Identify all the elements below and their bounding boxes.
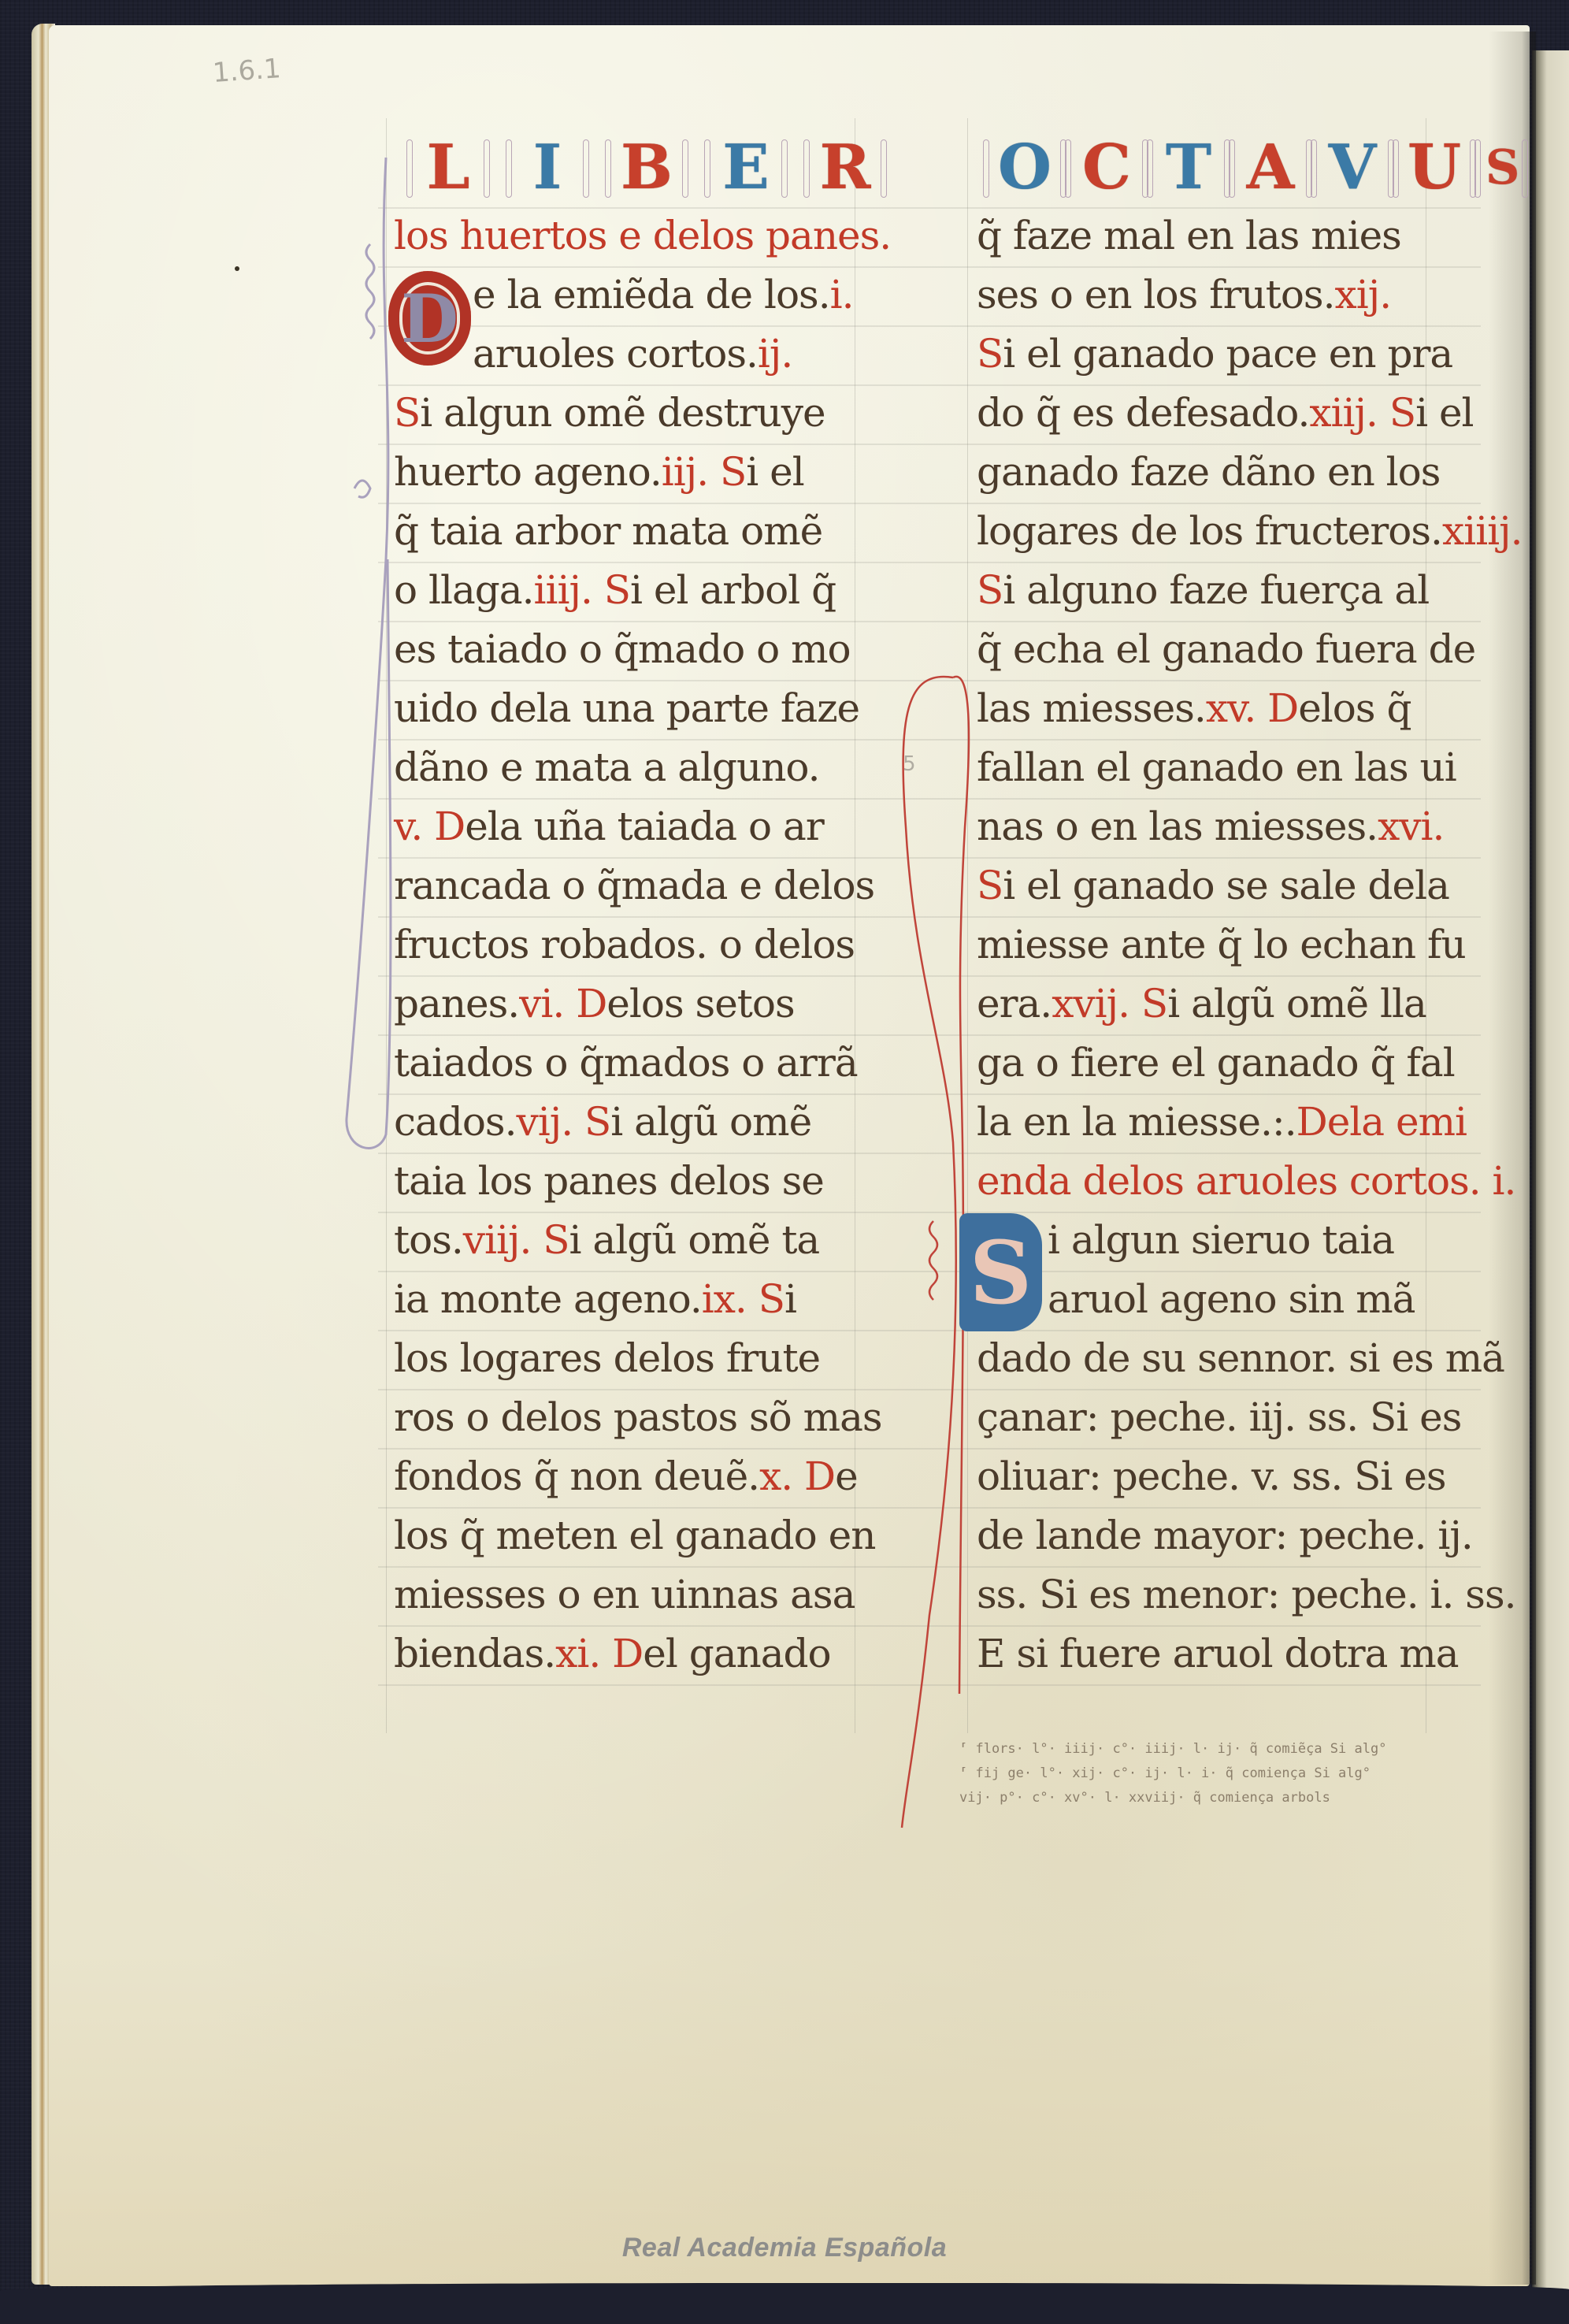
title-letter: T	[1158, 135, 1219, 201]
text-line: ganado faze dãno en los	[977, 443, 1481, 502]
rubric-text: vij. S	[516, 1099, 610, 1145]
text-line: tos.viij. Si algũ omẽ ta	[394, 1211, 898, 1270]
text-line: q̃ faze mal en las mies	[977, 206, 1481, 265]
text-line: ia monte ageno.ix. Si	[394, 1270, 898, 1329]
rubric-text: ix. S	[702, 1276, 784, 1322]
body-text: fructos robados. o delos	[394, 922, 855, 967]
text-line: logares de los fructeros.xiiij.	[977, 502, 1481, 561]
rubric-text: ij.	[758, 331, 792, 377]
title-letter: B	[616, 135, 677, 201]
text-line: las miesses.xv. Delos q̃	[977, 679, 1481, 738]
body-text: nas o en las miesses.	[977, 804, 1378, 849]
watermark-institution: Real Academia Española	[0, 2233, 1569, 2263]
title-letter: O	[994, 135, 1055, 201]
body-text: miesses o en uinnas asa	[394, 1572, 855, 1617]
text-line: huerto ageno.iij. Si el	[394, 443, 898, 502]
body-text: rancada o q̃mada e delos	[394, 863, 874, 908]
body-text: fondos q̃ non deuẽ.	[394, 1453, 759, 1499]
title-letter: V	[1322, 135, 1383, 201]
body-text: tos.	[394, 1217, 463, 1263]
body-text: elos setos	[606, 981, 794, 1026]
body-text: el ganado	[643, 1631, 830, 1676]
body-text: i	[784, 1276, 796, 1322]
title-letter: E	[715, 135, 777, 201]
body-text: ros o delos pastos sõ mas	[394, 1394, 882, 1440]
text-line: v. Dela uña taiada o ar	[394, 797, 898, 856]
body-text: elos q̃	[1298, 685, 1411, 731]
rubric-text: xv. D	[1206, 685, 1298, 731]
body-text: i algun omẽ destruye	[420, 390, 825, 436]
body-text: i el	[746, 449, 803, 495]
body-text: los q̃ meten el ganado en	[394, 1513, 875, 1558]
marginal-note-line: vij· p°· c°· xv°· l· xxviij· q̃ comiença…	[959, 1786, 1432, 1810]
body-text: q̃ faze mal en las mies	[977, 213, 1401, 258]
rubric-text: xij.	[1335, 272, 1392, 317]
pencil-folio-mark: 5	[903, 752, 916, 776]
rubric-text: v. D	[394, 804, 465, 849]
text-column-right: q̃ faze mal en las miesses o en los frut…	[977, 206, 1481, 1684]
text-line: E si fuere aruol dotra ma	[977, 1624, 1481, 1684]
body-text: ia monte ageno.	[394, 1276, 702, 1322]
title-letter: R	[814, 135, 876, 201]
rubric-text: xvij. S	[1052, 981, 1167, 1026]
rubric-text: xvi.	[1378, 804, 1444, 849]
body-text: i algũ omẽ lla	[1167, 981, 1426, 1026]
body-text: i el ganado se sale dela	[1003, 863, 1449, 908]
body-text: biendas.	[394, 1631, 555, 1676]
body-text: taia los panes delos se	[394, 1158, 824, 1204]
text-line: es taiado o q̃mado o mo	[394, 620, 898, 679]
text-line: enda delos aruoles cortos. i.	[977, 1152, 1481, 1211]
rubric-text: x. D	[759, 1453, 835, 1499]
body-text: de lande mayor: peche. ij.	[977, 1513, 1473, 1558]
marginal-note-line: ⸢ flors· l°· iiij· c°· iiij· l· ij· q̃ c…	[959, 1737, 1432, 1762]
body-text: e la emiẽda de los.	[473, 272, 830, 317]
rubric-text: viij. S	[463, 1217, 569, 1263]
rubric-text: xi. D	[555, 1631, 643, 1676]
text-line: ss. Si es menor: peche. i. ss.	[977, 1565, 1481, 1624]
text-line: fondos q̃ non deuẽ.x. De	[394, 1447, 898, 1506]
text-line: Si algun omẽ destruye	[394, 384, 898, 443]
text-line: uido dela una parte faze	[394, 679, 898, 738]
rubric-text: enda delos aruoles cortos. i.	[977, 1158, 1515, 1204]
running-title-left: L I B E R	[417, 122, 914, 201]
body-text: i el arbol q̃	[630, 567, 836, 613]
body-text: dãno e mata a alguno.	[394, 744, 820, 790]
body-text: ga o fiere el ganado q̃ fal	[977, 1040, 1455, 1086]
rubric-text: iij. S	[662, 449, 747, 495]
text-line: de lande mayor: peche. ij.	[977, 1506, 1481, 1565]
body-text: uido dela una parte faze	[394, 685, 859, 731]
text-line: la en la miesse.:.Dela emi	[977, 1093, 1481, 1152]
body-text: cados.	[394, 1099, 516, 1145]
running-title-right: O C T A V U S	[994, 122, 1517, 201]
title-letter: U	[1404, 135, 1465, 201]
text-line: Si el ganado pace en pra	[977, 325, 1481, 384]
title-letter: L	[417, 135, 479, 201]
rubric-text: xiiij.	[1442, 508, 1523, 554]
body-text: q̃ echa el ganado fuera de	[977, 626, 1475, 672]
body-text: i alguno faze fuerça al	[1003, 567, 1429, 613]
body-text: çanar: peche. iij. ss. Si es	[977, 1394, 1461, 1440]
rubric-text: xiij. S	[1309, 390, 1415, 436]
body-text: aruoles cortos.	[473, 331, 758, 377]
text-column-left: los huertos e delos panes.e la emiẽda de…	[394, 206, 898, 1684]
body-text: las miesses.	[977, 685, 1206, 731]
rubric-text: S	[977, 567, 1003, 613]
text-line: do q̃ es defesado.xiij. Si el	[977, 384, 1481, 443]
body-text: dado de su sennor. si es mã	[977, 1335, 1504, 1381]
text-line: oliuar: peche. v. ss. Si es	[977, 1447, 1481, 1506]
body-text: i algũ omẽ ta	[569, 1217, 820, 1263]
text-line: era.xvij. Si algũ omẽ lla	[977, 975, 1481, 1034]
body-text: ses o en los frutos.	[977, 272, 1335, 317]
title-letter: I	[517, 135, 578, 201]
rubric-text: vi. D	[519, 981, 606, 1026]
body-text: panes.	[394, 981, 519, 1026]
body-text: do q̃ es defesado.	[977, 390, 1309, 436]
body-text: aruol ageno sin mã	[1048, 1276, 1415, 1322]
body-text: ela uña taiada o ar	[465, 804, 824, 849]
title-letter: A	[1240, 135, 1301, 201]
text-line: panes.vi. Delos setos	[394, 975, 898, 1034]
text-line: Si el ganado se sale dela	[977, 856, 1481, 915]
body-text: ss. Si es menor: peche. i. ss.	[977, 1572, 1516, 1617]
body-text: i el	[1415, 390, 1473, 436]
text-line: aruol ageno sin mã	[977, 1270, 1481, 1329]
body-text: la en la miesse.:.	[977, 1099, 1296, 1145]
text-line: aruoles cortos.ij.	[394, 325, 898, 384]
body-text: E si fuere aruol dotra ma	[977, 1631, 1459, 1676]
body-text: oliuar: peche. v. ss. Si es	[977, 1453, 1446, 1499]
text-line: e la emiẽda de los.i.	[394, 265, 898, 325]
body-text: miesse ante q̃ lo echan fu	[977, 922, 1466, 967]
body-text: i el ganado pace en pra	[1003, 331, 1452, 377]
text-line: çanar: peche. iij. ss. Si es	[977, 1388, 1481, 1447]
text-line: los logares delos frute	[394, 1329, 898, 1388]
body-text: fallan el ganado en las ui	[977, 744, 1456, 790]
next-page-edge	[1532, 50, 1569, 2296]
text-line: nas o en las miesses.xvi.	[977, 797, 1481, 856]
text-line: los q̃ meten el ganado en	[394, 1506, 898, 1565]
text-line: cados.vij. Si algũ omẽ	[394, 1093, 898, 1152]
bottom-background	[0, 2283, 1569, 2324]
text-line: dãno e mata a alguno.	[394, 738, 898, 797]
body-text: o llaga.	[394, 567, 534, 613]
text-line: los huertos e delos panes.	[394, 206, 898, 265]
body-text: q̃ taia arbor mata omẽ	[394, 508, 822, 554]
body-text: i algũ omẽ	[610, 1099, 811, 1145]
title-letter: S	[1486, 135, 1517, 201]
marginal-note-line: ⸢ fij ge· l°· xij· c°· ij· l· i· q̃ comi…	[959, 1762, 1432, 1786]
text-line: rancada o q̃mada e delos	[394, 856, 898, 915]
text-line: q̃ echa el ganado fuera de	[977, 620, 1481, 679]
body-text: huerto ageno.	[394, 449, 662, 495]
pencil-shelfmark: 1.6.1	[212, 53, 282, 89]
text-line: fructos robados. o delos	[394, 915, 898, 975]
text-line: miesse ante q̃ lo echan fu	[977, 915, 1481, 975]
text-line: q̃ taia arbor mata omẽ	[394, 502, 898, 561]
text-line: miesses o en uinnas asa	[394, 1565, 898, 1624]
text-line: ros o delos pastos sõ mas	[394, 1388, 898, 1447]
body-text: era.	[977, 981, 1052, 1026]
marginal-note: ⸢ flors· l°· iiij· c°· iiij· l· ij· q̃ c…	[959, 1737, 1432, 1810]
rubric-text: Dela emi	[1296, 1099, 1467, 1145]
body-text: logares de los fructeros.	[977, 508, 1442, 554]
rubric-text: S	[394, 390, 420, 436]
text-line: taiados o q̃mados o arrã	[394, 1034, 898, 1093]
text-line: fallan el ganado en las ui	[977, 738, 1481, 797]
text-line: Si alguno faze fuerça al	[977, 561, 1481, 620]
rubric-text: S	[977, 331, 1003, 377]
text-line: biendas.xi. Del ganado	[394, 1624, 898, 1684]
text-line: ses o en los frutos.xij.	[977, 265, 1481, 325]
body-text: ganado faze dãno en los	[977, 449, 1440, 495]
body-text: e	[835, 1453, 858, 1499]
rubric-text: S	[977, 863, 1003, 908]
rubric-text: iiij. S	[534, 567, 631, 613]
ink-spot	[235, 266, 239, 271]
text-line: i algun sieruo taia	[977, 1211, 1481, 1270]
rubric-text: i.	[830, 272, 854, 317]
body-text: los logares delos frute	[394, 1335, 820, 1381]
body-text: i algun sieruo taia	[1048, 1217, 1394, 1263]
body-text: taiados o q̃mados o arrã	[394, 1040, 858, 1086]
text-line: dado de su sennor. si es mã	[977, 1329, 1481, 1388]
text-line: o llaga.iiij. Si el arbol q̃	[394, 561, 898, 620]
text-line: taia los panes delos se	[394, 1152, 898, 1211]
body-text: es taiado o q̃mado o mo	[394, 626, 851, 672]
title-letter: C	[1076, 135, 1137, 201]
text-line: ga o fiere el ganado q̃ fal	[977, 1034, 1481, 1093]
